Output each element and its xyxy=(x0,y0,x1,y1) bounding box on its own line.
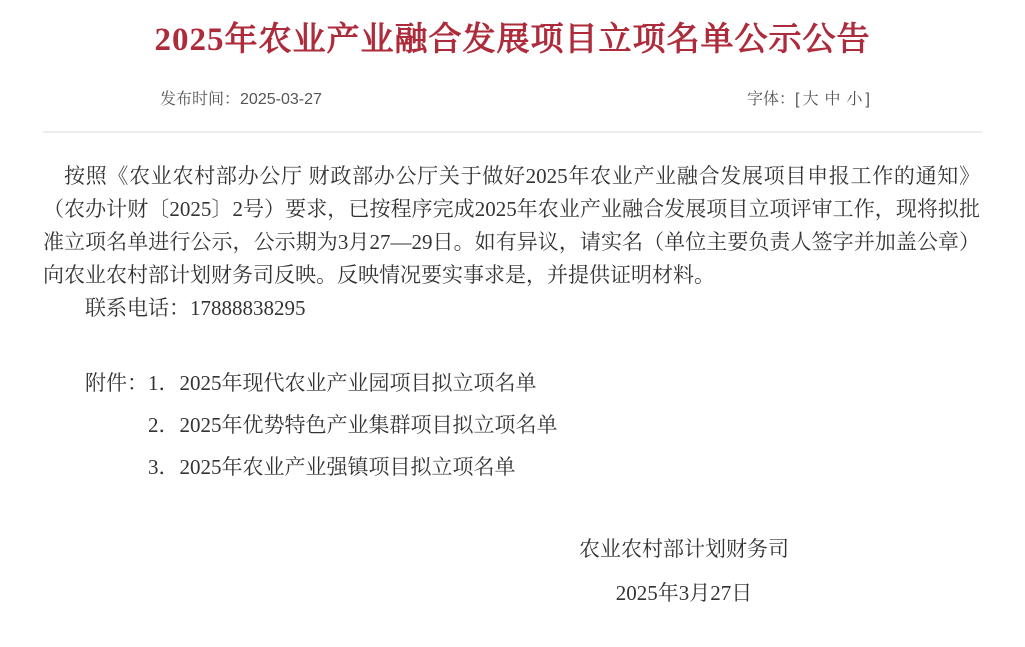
announcement-body: 按照《农业农村部办公厅 财政部办公厅关于做好2025年农业产业融合发展项目申报工… xyxy=(43,160,980,610)
signature-block: 农业农村部计划财务司 2025年3月27日 xyxy=(524,533,844,610)
publish-time: 发布时间：2025-03-27 xyxy=(160,86,322,109)
attachment-row: 3．2025年农业产业强镇项目拟立项名单 xyxy=(43,451,980,484)
signature-department: 农业农村部计划财务司 xyxy=(524,533,844,566)
font-size-large-button[interactable]: 大 xyxy=(803,91,819,108)
bracket-close: ] xyxy=(866,91,870,108)
main-paragraph: 按照《农业农村部办公厅 财政部办公厅关于做好2025年农业产业融合发展项目申报工… xyxy=(43,160,980,292)
font-size-small-button[interactable]: 小 xyxy=(847,91,863,108)
attachments-label: 附件： xyxy=(85,371,148,395)
attachments-list: 附件：1．2025年现代农业产业园项目拟立项名单 2．2025年优势特色产业集群… xyxy=(43,367,980,484)
contact-phone: 联系电话：17888838295 xyxy=(43,292,980,325)
page-title: 2025年农业产业融合发展项目立项名单公示公告 xyxy=(0,0,1025,62)
publish-time-label: 发布时间： xyxy=(160,91,240,108)
attachment-row: 附件：1．2025年现代农业产业园项目拟立项名单 xyxy=(43,367,980,400)
signature-date: 2025年3月27日 xyxy=(524,577,844,610)
meta-bar: 发布时间：2025-03-27 字体：[大中小] xyxy=(160,86,870,109)
publish-date-value: 2025-03-27 xyxy=(240,91,322,108)
header-divider xyxy=(43,131,982,133)
font-size-switcher: 字体：[大中小] xyxy=(747,86,870,109)
announcement-page: 2025年农业产业融合发展项目立项名单公示公告 发布时间：2025-03-27 … xyxy=(0,0,1025,647)
font-size-medium-button[interactable]: 中 xyxy=(825,91,841,108)
bracket-open: [ xyxy=(795,91,799,108)
font-size-label: 字体： xyxy=(747,91,795,108)
attachment-link-1[interactable]: 1．2025年现代农业产业园项目拟立项名单 xyxy=(148,371,537,395)
attachment-link-2[interactable]: 2．2025年优势特色产业集群项目拟立项名单 xyxy=(148,413,558,437)
attachment-row: 2．2025年优势特色产业集群项目拟立项名单 xyxy=(43,409,980,442)
attachment-link-3[interactable]: 3．2025年农业产业强镇项目拟立项名单 xyxy=(148,455,516,479)
